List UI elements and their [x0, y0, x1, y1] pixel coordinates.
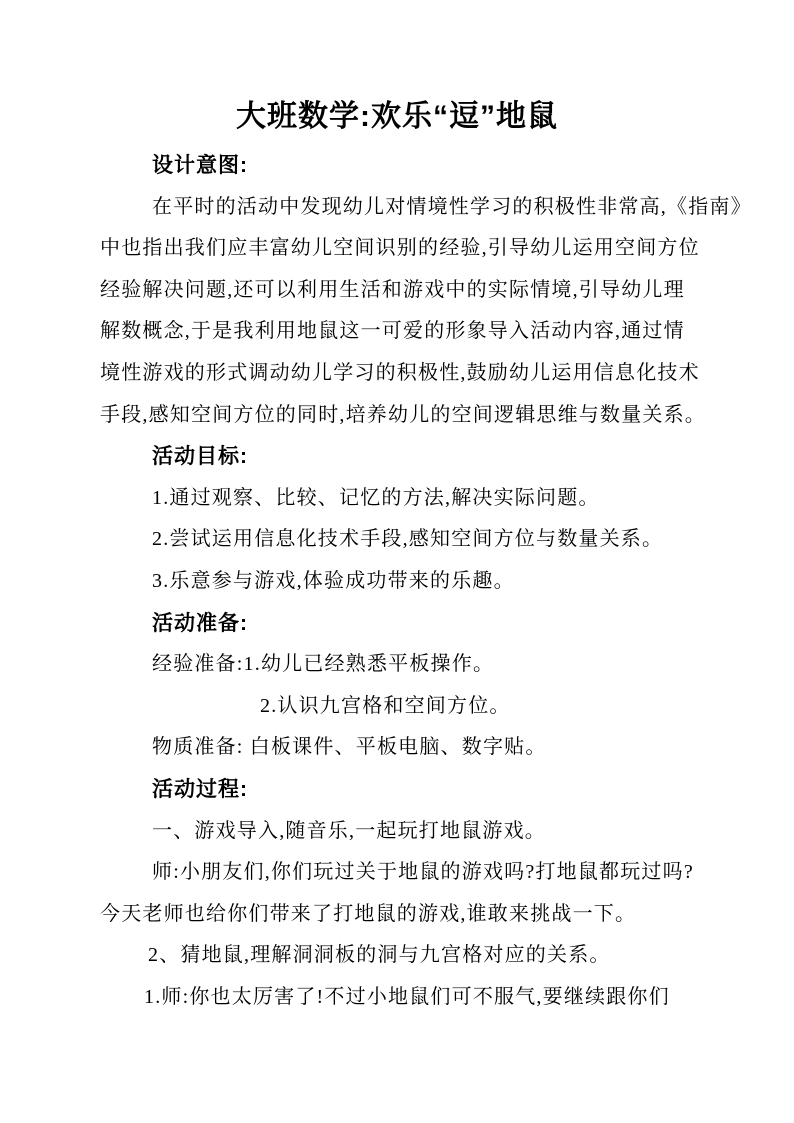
text-line: 今天老师也给你们带来了打地鼠的游戏,谁敢来挑战一下。: [100, 894, 692, 936]
text-line: 经验准备:1.幼儿已经熟悉平板操作。: [100, 644, 692, 686]
document-title: 大班数学:欢乐“逗”地鼠: [0, 94, 794, 140]
text-line: 2.尝试运用信息化技术手段,感知空间方位与数量关系。: [100, 519, 692, 561]
text-line: 2、猜地鼠,理解洞洞板的洞与九宫格对应的关系。: [100, 935, 692, 977]
text-line: 1.师:你也太厉害了!不过小地鼠们可不服气,要继续跟你们: [100, 977, 692, 1019]
text-line: 中也指出我们应丰富幼儿空间识别的经验,引导幼儿运用空间方位: [100, 228, 692, 270]
section-heading: 设计意图:: [100, 145, 692, 187]
text-line: 师:小朋友们,你们玩过关于地鼠的游戏吗?打地鼠都玩过吗?: [100, 852, 692, 894]
text-line: 物质准备: 白板课件、平板电脑、数字贴。: [100, 727, 692, 769]
text-line: 在平时的活动中发现幼儿对情境性学习的积极性非常高,《指南》: [100, 187, 692, 229]
text-line: 1.通过观察、比较、记忆的方法,解决实际问题。: [100, 478, 692, 520]
text-line: 2.认识九宫格和空间方位。: [100, 686, 692, 728]
section-heading: 活动目标:: [100, 436, 692, 478]
document-lines: 设计意图:在平时的活动中发现幼儿对情境性学习的积极性非常高,《指南》中也指出我们…: [100, 145, 692, 1018]
text-line: 一、游戏导入,随音乐,一起玩打地鼠游戏。: [100, 811, 692, 853]
text-line: 境性游戏的形式调动幼儿学习的积极性,鼓励幼儿运用信息化技术: [100, 353, 692, 395]
text-line: 解数概念,于是我利用地鼠这一可爱的形象导入活动内容,通过情: [100, 311, 692, 353]
text-line: 经验解决问题,还可以利用生活和游戏中的实际情境,引导幼儿理: [100, 270, 692, 312]
section-heading: 活动过程:: [100, 769, 692, 811]
document-page: 大班数学:欢乐“逗”地鼠 设计意图:在平时的活动中发现幼儿对情境性学习的积极性非…: [0, 0, 794, 1123]
text-line: 手段,感知空间方位的同时,培养幼儿的空间逻辑思维与数量关系。: [100, 395, 692, 437]
text-line: 3.乐意参与游戏,体验成功带来的乐趣。: [100, 561, 692, 603]
section-heading: 活动准备:: [100, 603, 692, 645]
